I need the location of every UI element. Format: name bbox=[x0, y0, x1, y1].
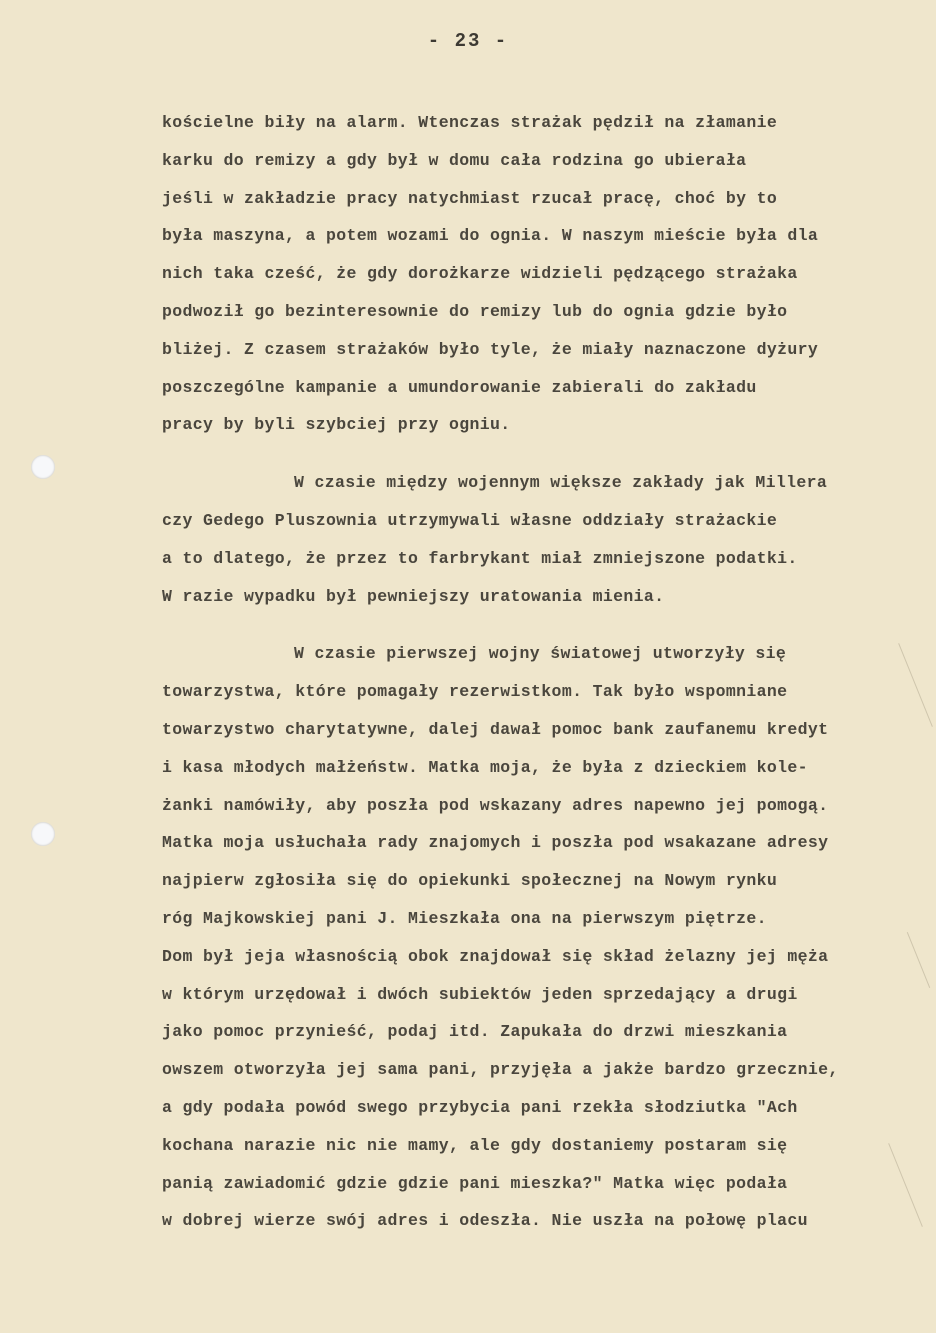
text-line: pracy by byli szybciej przy ogniu. bbox=[162, 406, 932, 444]
text-line: podwoził go bezinteresownie do remizy lu… bbox=[162, 293, 932, 331]
text-line: w którym urzędował i dwóch subiektów jed… bbox=[162, 976, 932, 1014]
paragraph-gap bbox=[162, 615, 932, 635]
paragraph-3: W czasie pierwszej wojny światowej utwor… bbox=[162, 635, 932, 1240]
paragraph-1: kościelne biły na alarm. Wtenczas straża… bbox=[162, 104, 932, 444]
text-line: a gdy podała powód swego przybycia pani … bbox=[162, 1089, 932, 1127]
text-line: W czasie między wojennym większe zakłady… bbox=[162, 464, 932, 502]
typewritten-body: kościelne biły na alarm. Wtenczas straża… bbox=[162, 104, 932, 1240]
text-line: jako pomoc przynieść, podaj itd. Zapukał… bbox=[162, 1013, 932, 1051]
text-line: W razie wypadku był pewniejszy uratowani… bbox=[162, 578, 932, 616]
text-line: Matka moja usłuchała rady znajomych i po… bbox=[162, 824, 932, 862]
text-line: w dobrej wierze swój adres i odeszła. Ni… bbox=[162, 1202, 932, 1240]
text-line: była maszyna, a potem wozami do ognia. W… bbox=[162, 217, 932, 255]
text-line: czy Gedego Pluszownia utrzymywali własne… bbox=[162, 502, 932, 540]
text-line: jeśli w zakładzie pracy natychmiast rzuc… bbox=[162, 180, 932, 218]
punch-hole-top bbox=[31, 455, 55, 479]
punch-hole-bottom bbox=[31, 822, 55, 846]
text-line: W czasie pierwszej wojny światowej utwor… bbox=[162, 635, 932, 673]
text-line: nich taka cześć, że gdy dorożkarze widzi… bbox=[162, 255, 932, 293]
text-line: kościelne biły na alarm. Wtenczas straża… bbox=[162, 104, 932, 142]
paragraph-gap bbox=[162, 444, 932, 464]
text-line: bliżej. Z czasem strażaków było tyle, że… bbox=[162, 331, 932, 369]
text-line: a to dlatego, że przez to farbrykant mia… bbox=[162, 540, 932, 578]
text-line: i kasa młodych małżeństw. Matka moja, że… bbox=[162, 749, 932, 787]
text-line: towarzystwo charytatywne, dalej dawał po… bbox=[162, 711, 932, 749]
text-line: najpierw zgłosiła się do opiekunki społe… bbox=[162, 862, 932, 900]
paragraph-2: W czasie między wojennym większe zakłady… bbox=[162, 464, 932, 615]
page-number: - 23 - bbox=[0, 30, 936, 52]
text-line: kochana narazie nic nie mamy, ale gdy do… bbox=[162, 1127, 932, 1165]
text-line: róg Majkowskiej pani J. Mieszkała ona na… bbox=[162, 900, 932, 938]
text-line: poszczególne kampanie a umundorowanie za… bbox=[162, 369, 932, 407]
text-line: panią zawiadomić gdzie gdzie pani mieszk… bbox=[162, 1165, 932, 1203]
text-line: owszem otworzyła jej sama pani, przyjęła… bbox=[162, 1051, 932, 1089]
text-line: żanki namówiły, aby poszła pod wskazany … bbox=[162, 787, 932, 825]
text-line: karku do remizy a gdy był w domu cała ro… bbox=[162, 142, 932, 180]
text-line: Dom był jeja własnością obok znajdował s… bbox=[162, 938, 932, 976]
text-line: towarzystwa, które pomagały rezerwistkom… bbox=[162, 673, 932, 711]
